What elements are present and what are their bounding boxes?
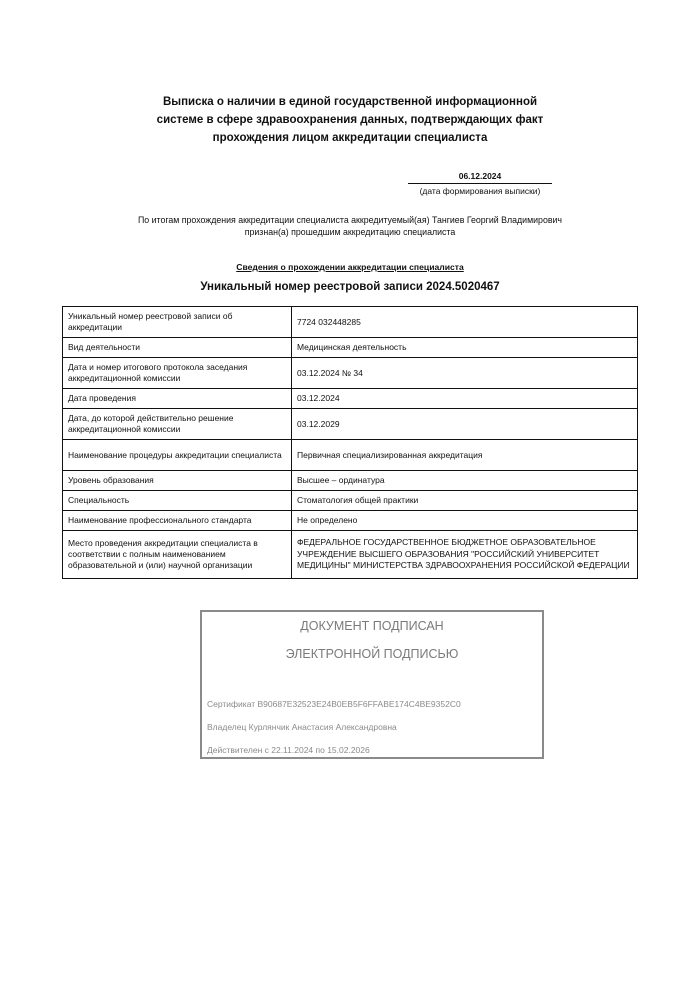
row-label: Дата и номер итогового протокола заседан… [63,358,292,389]
row-value: ФЕДЕРАЛЬНОЕ ГОСУДАРСТВЕННОЕ БЮДЖЕТНОЕ ОБ… [292,531,638,579]
row-label: Место проведения аккредитации специалист… [63,531,292,579]
row-value: 03.12.2029 [292,409,638,440]
electronic-signature-stamp: ДОКУМЕНТ ПОДПИСАН ЭЛЕКТРОННОЙ ПОДПИСЬЮ С… [200,610,544,759]
table-row: Наименование процедуры аккредитации спец… [63,440,638,471]
row-label: Уникальный номер реестровой записи об ак… [63,307,292,338]
table-row: Дата проведения 03.12.2024 [63,389,638,409]
row-value: Первичная специализированная аккредитаци… [292,440,638,471]
section-heading: Сведения о прохождении аккредитации спец… [150,262,550,272]
row-label: Наименование профессионального стандарта [63,511,292,531]
table-row: Уникальный номер реестровой записи об ак… [63,307,638,338]
row-value: 03.12.2024 [292,389,638,409]
stamp-certificate: Сертификат B90687E32523E24B0EB5F6FFABE17… [207,699,461,709]
row-value: Медицинская деятельность [292,338,638,358]
stamp-title-line1: ДОКУМЕНТ ПОДПИСАН [202,619,542,633]
document-title-line: прохождения лицом аккредитации специалис… [100,129,600,147]
intro-line: По итогам прохождения аккредитации специ… [80,214,620,226]
intro-line: признан(а) прошедшим аккредитацию специа… [80,226,620,238]
row-label: Специальность [63,491,292,511]
table-row: Дата и номер итогового протокола заседан… [63,358,638,389]
table-row: Наименование профессионального стандарта… [63,511,638,531]
registry-number: Уникальный номер реестровой записи 2024.… [100,281,600,293]
table-row: Специальность Стоматология общей практик… [63,491,638,511]
stamp-title-line2: ЭЛЕКТРОННОЙ ПОДПИСЬЮ [202,647,542,661]
issue-date: 06.12.2024 [408,171,552,184]
table-row: Место проведения аккредитации специалист… [63,531,638,579]
stamp-owner: Владелец Курлянчик Анастасия Александров… [207,722,397,732]
row-value: 7724 032448285 [292,307,638,338]
document-title-line: Выписка о наличии в единой государственн… [100,93,600,111]
row-value: 03.12.2024 № 34 [292,358,638,389]
row-value: Стоматология общей практики [292,491,638,511]
issue-date-caption: (дата формирования выписки) [400,185,560,197]
row-label: Уровень образования [63,471,292,491]
table-row: Дата, до которой действительно решение а… [63,409,638,440]
table-row: Вид деятельности Медицинская деятельност… [63,338,638,358]
row-label: Вид деятельности [63,338,292,358]
row-value: Высшее – ординатура [292,471,638,491]
accreditation-info-table: Уникальный номер реестровой записи об ак… [62,306,638,579]
table-row: Уровень образования Высшее – ординатура [63,471,638,491]
document-title-line: системе в сфере здравоохранения данных, … [100,111,600,129]
stamp-validity: Действителен с 22.11.2024 по 15.02.2026 [207,745,370,755]
issue-date-block: 06.12.2024 (дата формирования выписки) [400,171,560,197]
row-label: Дата, до которой действительно решение а… [63,409,292,440]
row-label: Дата проведения [63,389,292,409]
row-label: Наименование процедуры аккредитации спец… [63,440,292,471]
document-title: Выписка о наличии в единой государственн… [100,93,600,147]
row-value: Не определено [292,511,638,531]
intro-text: По итогам прохождения аккредитации специ… [80,214,620,238]
